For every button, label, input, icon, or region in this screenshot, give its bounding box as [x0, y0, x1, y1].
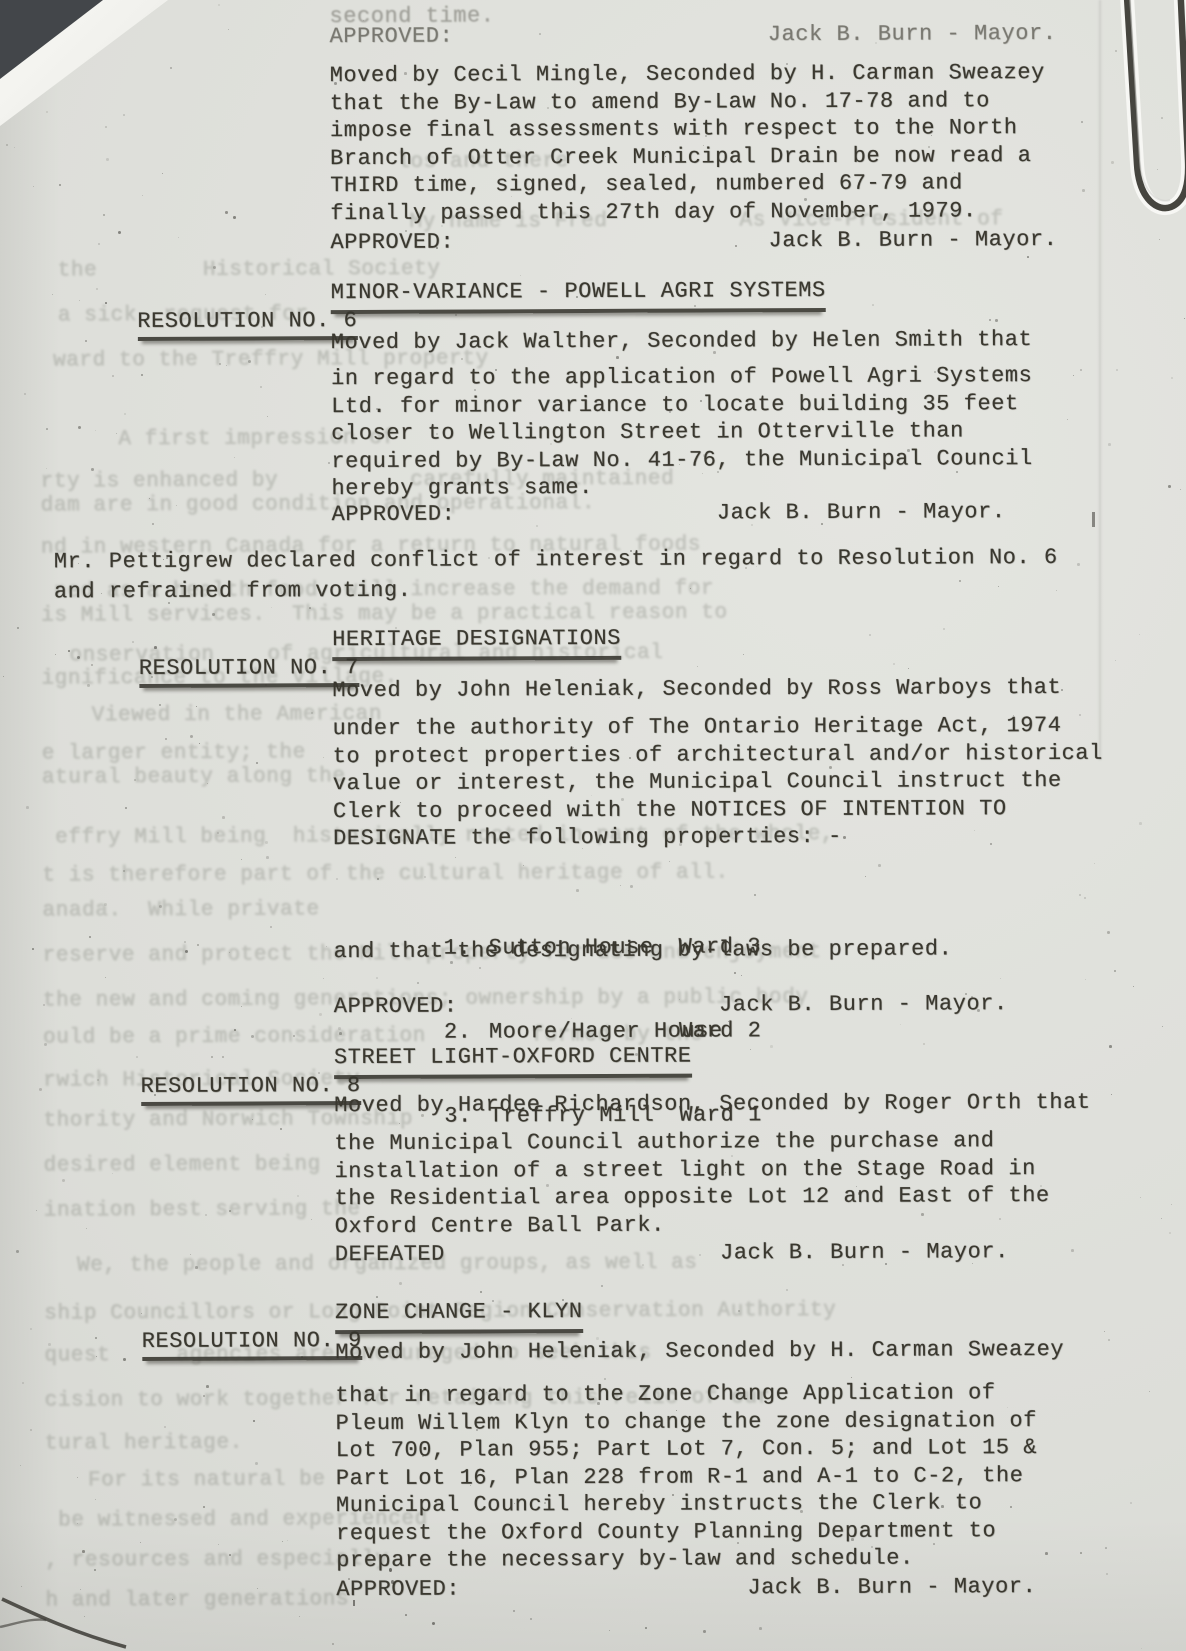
- resolution-body: under the authority of The Ontario Herit…: [333, 712, 1104, 853]
- scanned-document-page: los and thereMy name is Fred As Vice-Pre…: [0, 0, 1186, 1651]
- resolution-body: in regard to the application of Powell A…: [331, 362, 1033, 503]
- resolution-number: RESOLUTION NO. 9: [142, 1328, 362, 1361]
- resolution-number: RESOLUTION NO. 8: [141, 1073, 361, 1106]
- resolution-title: STREET LIGHT-OXFORD CENTRE: [334, 1043, 692, 1079]
- mayor-signature: Jack B. Burn - Mayor.: [719, 990, 1008, 1019]
- resolution-heading-7: RESOLUTION NO. 7 HERITAGE DESIGNATIONS: [56, 624, 856, 663]
- resolution-title: MINOR-VARIANCE - POWELL AGRI SYSTEMS: [331, 277, 826, 314]
- approval-status: APPROVED:: [329, 23, 453, 51]
- approval-line: APPROVED: Jack B. Burn - Mayor.: [336, 1573, 1036, 1604]
- resolution-heading-9: RESOLUTION NO. 9 ZONE CHANGE - KLYN: [59, 1297, 859, 1336]
- opening-approval-line: APPROVED: Jack B. Burn - Mayor.: [329, 20, 1056, 51]
- approval-status: APPROVED:: [336, 1576, 460, 1604]
- defeated-line: DEFEATED Jack B. Burn - Mayor.: [335, 1238, 1009, 1268]
- resolution-body: that in regard to the Zone Change Applic…: [335, 1379, 1037, 1575]
- conflict-of-interest-note: Mr. Pettigrew declared conflict of inter…: [54, 543, 1058, 607]
- moved-line: Moved by John Heleniak, Seconded by H. C…: [335, 1336, 1064, 1367]
- moved-line: Moved by Jack Walther, Seconded by Helen…: [331, 326, 1032, 357]
- resolution-closing-line: and that the designating by-laws be prep…: [333, 935, 952, 965]
- resolution-title: HERITAGE DESIGNATIONS: [332, 625, 621, 661]
- approval-status: APPROVED:: [330, 229, 454, 257]
- resolution-body: the Municipal Council authorize the purc…: [334, 1127, 1050, 1240]
- moved-line: Moved by John Heleniak, Seconded by Ross…: [332, 674, 1061, 705]
- vote-status: DEFEATED: [335, 1241, 445, 1269]
- resolution-heading-6: RESOLUTION NO. 6 MINOR-VARIANCE - POWELL…: [55, 277, 855, 316]
- mayor-signature: Jack B. Burn - Mayor.: [747, 1573, 1036, 1602]
- approval-line: APPROVED: Jack B. Burn - Mayor.: [334, 990, 1008, 1020]
- mayor-signature: Jack B. Burn - Mayor.: [768, 20, 1057, 49]
- property-row: 1.Sutton HouseWard 3: [333, 905, 761, 936]
- resolution-number: RESOLUTION NO. 7: [139, 655, 359, 688]
- mayor-signature: Jack B. Burn - Mayor.: [717, 498, 1006, 527]
- typewritten-content: second time. APPROVED: Jack B. Burn - Ma…: [0, 0, 1186, 1651]
- bylaw-motion-paragraph: Moved by Cecil Mingle, Seconded by H. Ca…: [330, 59, 1046, 227]
- approval-status: APPROVED:: [334, 993, 458, 1021]
- approval-line: APPROVED: Jack B. Burn - Mayor.: [330, 226, 1057, 257]
- approval-line: APPROVED: Jack B. Burn - Mayor.: [332, 498, 1006, 528]
- moved-line: Moved by Hardee Richardson, Seconded by …: [334, 1089, 1090, 1120]
- property-number: 2.: [444, 1018, 489, 1046]
- mayor-signature: Jack B. Burn - Mayor.: [769, 226, 1058, 255]
- resolution-heading-8: RESOLUTION NO. 8 STREET LIGHT-OXFORD CEN…: [58, 1042, 858, 1081]
- property-ward: Ward 2: [679, 1018, 762, 1043]
- resolution-number: RESOLUTION NO. 6: [137, 308, 357, 341]
- approval-status: APPROVED:: [332, 501, 456, 529]
- resolution-title: ZONE CHANGE - KLYN: [335, 1298, 583, 1334]
- property-name: Moore/Hager House: [489, 1017, 679, 1045]
- mayor-signature: Jack B. Burn - Mayor.: [720, 1238, 1009, 1267]
